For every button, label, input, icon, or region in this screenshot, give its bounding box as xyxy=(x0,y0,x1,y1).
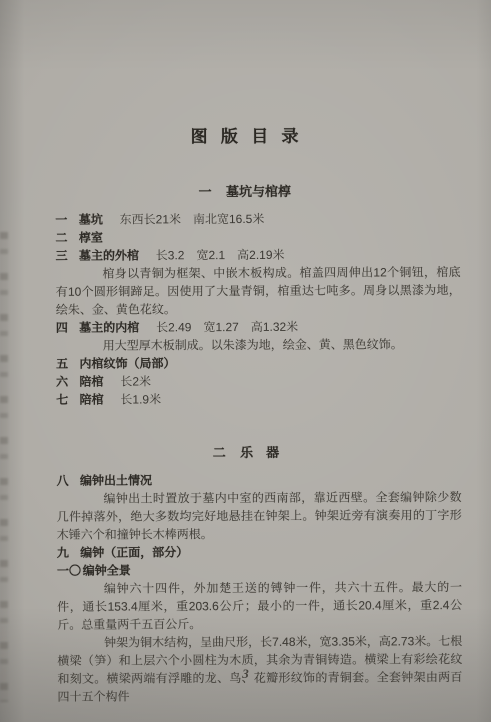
item-dimensions: 东西长21米 南北宽16.5米 xyxy=(120,212,265,227)
list-item: 九编钟（正面，部分） xyxy=(57,542,462,562)
item-number: 四 xyxy=(56,319,78,337)
list-item: 三墓主的外棺长3.2 宽2.1 高2.19米 xyxy=(56,245,461,265)
item-number: 一 xyxy=(55,211,77,229)
item-number: 六 xyxy=(56,373,78,391)
item-number: 三 xyxy=(56,247,78,265)
section-heading: 一墓坑与棺椁 xyxy=(0,180,490,201)
page-title: 图版目录 xyxy=(0,121,490,148)
item-dimensions: 长2米 xyxy=(120,374,151,388)
list-item: 一墓坑东西长21米 南北宽16.5米 xyxy=(55,209,460,229)
scanned-page: 图版目录 一墓坑与棺椁一墓坑东西长21米 南北宽16.5米二椁室三墓主的外棺长3… xyxy=(0,0,491,722)
item-description: 棺身以青铜为框架、中嵌木板构成。棺盖四周伸出12个铜钮，棺底有10个圆形铜蹄足。… xyxy=(56,263,461,319)
item-number: 八 xyxy=(57,472,79,490)
item-dimensions: 长2.49 宽1.27 高1.32米 xyxy=(156,320,298,335)
section-number: 二 xyxy=(213,445,226,460)
section-title: 乐 器 xyxy=(240,445,279,460)
item-number: 九 xyxy=(57,544,79,562)
item-description: 编钟出土时置放于墓内中室的西南部，靠近西壁。全套编钟除少数几件掉落外，绝大多数均… xyxy=(57,488,462,544)
item-title: 墓主的内棺 xyxy=(79,320,139,334)
item-dimensions: 长3.2 宽2.1 高2.19米 xyxy=(156,248,285,263)
item-number: 一〇 xyxy=(57,562,81,580)
item-number: 二 xyxy=(55,229,77,247)
item-description: 编钟六十四件，外加楚王送的镈钟一件，共六十五件。最大的一件，通长153.4厘米，… xyxy=(57,578,462,634)
section-heading: 二乐 器 xyxy=(0,441,491,462)
page-content: 图版目录 一墓坑与棺椁一墓坑东西长21米 南北宽16.5米二椁室三墓主的外棺长3… xyxy=(0,0,491,706)
list-item: 一〇编钟全景 xyxy=(57,560,462,580)
item-title: 内棺纹饰（局部） xyxy=(79,356,175,370)
list-item: 七陪棺长1.9米 xyxy=(56,389,461,409)
item-number: 七 xyxy=(56,391,78,409)
item-title: 墓主的外棺 xyxy=(79,248,139,262)
item-title: 编钟全景 xyxy=(83,564,131,578)
item-title: 椁室 xyxy=(79,231,103,245)
list-item: 四墓主的内棺长2.49 宽1.27 高1.32米 xyxy=(56,317,461,337)
item-title: 墓坑 xyxy=(79,213,103,227)
section-title: 墓坑与棺椁 xyxy=(226,184,291,199)
list-item: 二椁室 xyxy=(55,227,460,247)
item-dimensions: 长1.9米 xyxy=(120,392,161,406)
section-items: 一墓坑东西长21米 南北宽16.5米二椁室三墓主的外棺长3.2 宽2.1 高2.… xyxy=(0,209,491,409)
item-title: 编钟出土情况 xyxy=(80,473,152,487)
item-title: 编钟（正面，部分） xyxy=(80,545,188,559)
item-title: 陪棺 xyxy=(79,375,103,389)
list-item: 六陪棺长2米 xyxy=(56,371,461,391)
plates-list: 一墓坑与棺椁一墓坑东西长21米 南北宽16.5米二椁室三墓主的外棺长3.2 宽2… xyxy=(0,180,491,706)
list-item: 五内棺纹饰（局部） xyxy=(56,353,461,373)
list-item: 八编钟出土情况 xyxy=(57,470,462,490)
item-description: 用大型厚木板制成。以朱漆为地，绘金、黄、黑色纹饰。 xyxy=(56,335,461,355)
item-number: 五 xyxy=(56,355,78,373)
page-number: 3 xyxy=(0,666,491,682)
section-number: 一 xyxy=(199,184,212,199)
item-title: 陪棺 xyxy=(80,393,104,407)
